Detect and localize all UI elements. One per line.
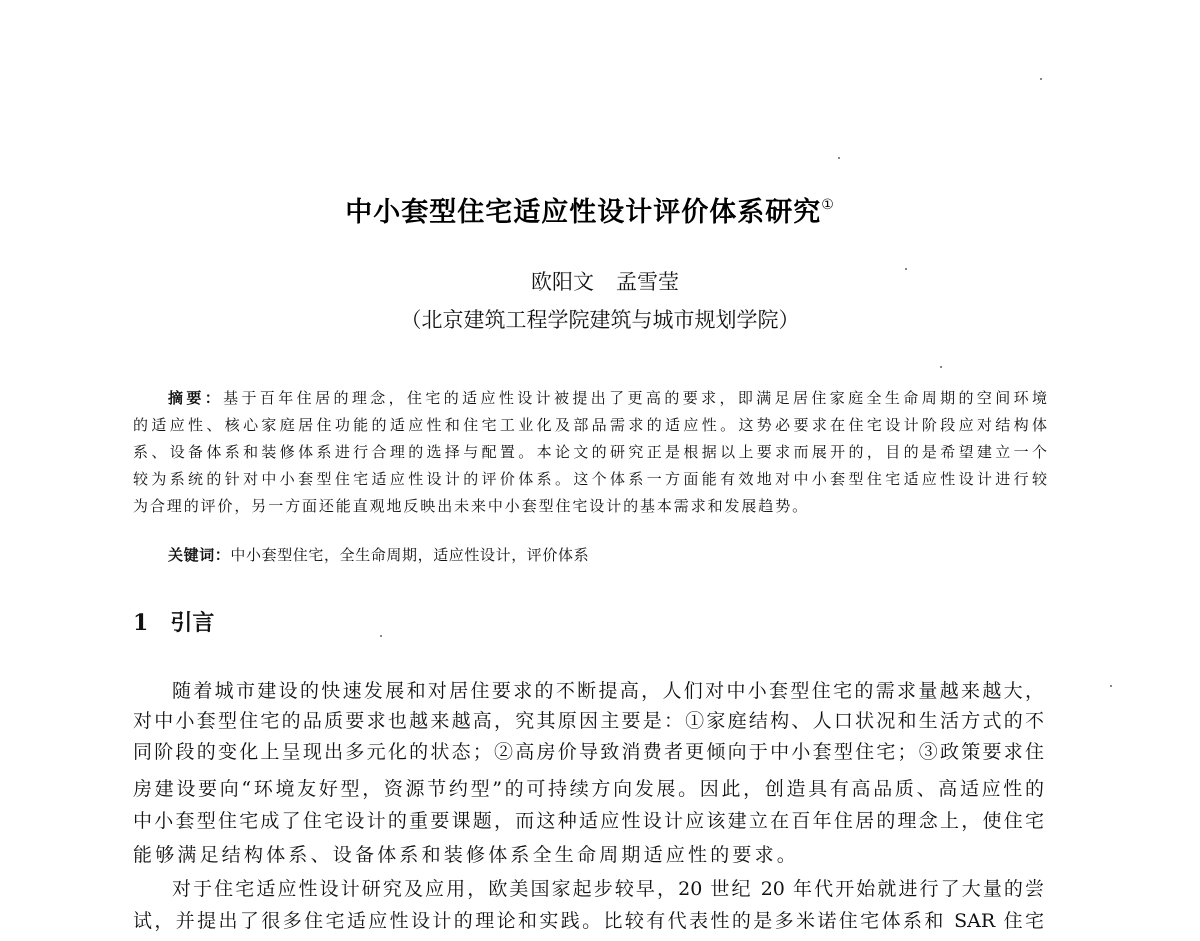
scan-speck <box>1040 78 1042 80</box>
keywords-text: 中小套型住宅，全生命周期，适应性设计，评价体系 <box>230 546 589 564</box>
section-title: 引言 <box>170 611 214 636</box>
abstract-line: 较为系统的针对中小套型住宅适应性设计的评价体系。这个体系一方面能有效地对中小套型… <box>133 467 1047 491</box>
body-line: 中小套型住宅成了住宅设计的重要课题，而这种适应性设计应该建立在百年住居的理念上，… <box>133 806 1044 836</box>
body-line: 对于住宅适应性设计研究及应用，欧美国家起步较早，20 世纪 20 年代开始就进行… <box>172 874 1044 904</box>
title-footnote-mark[interactable]: ① <box>821 197 835 213</box>
body-line: 同阶段的变化上呈现出多元化的状态；②高房价导致消费者更倾向于中小套型住宅；③政策… <box>133 737 1044 767</box>
body-line: 对中小套型住宅的品质要求也越来越高，究其原因主要是：①家庭结构、人口状况和生活方… <box>133 706 1044 736</box>
body-line: 房建设要向“环境友好型，资源节约型”的可持续方向发展。因此，创造具有高品质、高适… <box>133 774 1044 804</box>
scan-speck <box>838 157 840 159</box>
scan-speck <box>380 635 382 637</box>
keywords: 关键词：中小套型住宅，全生命周期，适应性设计，评价体系 <box>168 543 768 567</box>
keywords-label: 关键词： <box>168 546 230 564</box>
scan-speck <box>905 268 907 270</box>
author-name: 孟雪莹 <box>616 270 679 294</box>
section-number: 1 <box>133 610 148 636</box>
body-line: 试，并提出了很多住宅适应性设计的理论和实践。比较有代表性的是多米诺住宅体系和 S… <box>133 906 1044 936</box>
page-title: 中小套型住宅适应性设计评价体系研究① <box>0 190 1180 229</box>
body-line: 随着城市建设的快速发展和对居住要求的不断提高，人们对中小套型住宅的需求量越来越大… <box>172 676 1044 706</box>
title-text: 中小套型住宅适应性设计评价体系研究 <box>345 197 821 228</box>
author-name: 欧阳文 <box>531 270 594 294</box>
scan-speck <box>940 366 942 368</box>
scan-speck <box>1110 685 1112 687</box>
abstract-label: 摘要： <box>168 389 223 407</box>
authors: 欧阳文孟雪莹 <box>0 266 1200 296</box>
body-line: 能够满足结构体系、设备体系和装修体系全生命周期适应性的要求。 <box>133 840 1044 870</box>
abstract-line: 系、设备体系和装修体系进行合理的选择与配置。本论文的研究正是根据以上要求而展开的… <box>133 440 1047 464</box>
section-heading: 1引言 <box>133 606 214 637</box>
abstract-line: 摘要：基于百年住居的理念，住宅的适应性设计被提出了更高的要求，即满足居住家庭全生… <box>168 386 1047 410</box>
abstract-line: 的适应性、核心家庭居住功能的适应性和住宅工业化及部品需求的适应性。这势必要求在住… <box>133 413 1047 437</box>
affiliation: （北京建筑工程学院建筑与城市规划学院） <box>0 304 1200 334</box>
abstract-line: 为合理的评价，另一方面还能直观地反映出未来中小套型住宅设计的基本需求和发展趋势。 <box>133 494 1047 518</box>
